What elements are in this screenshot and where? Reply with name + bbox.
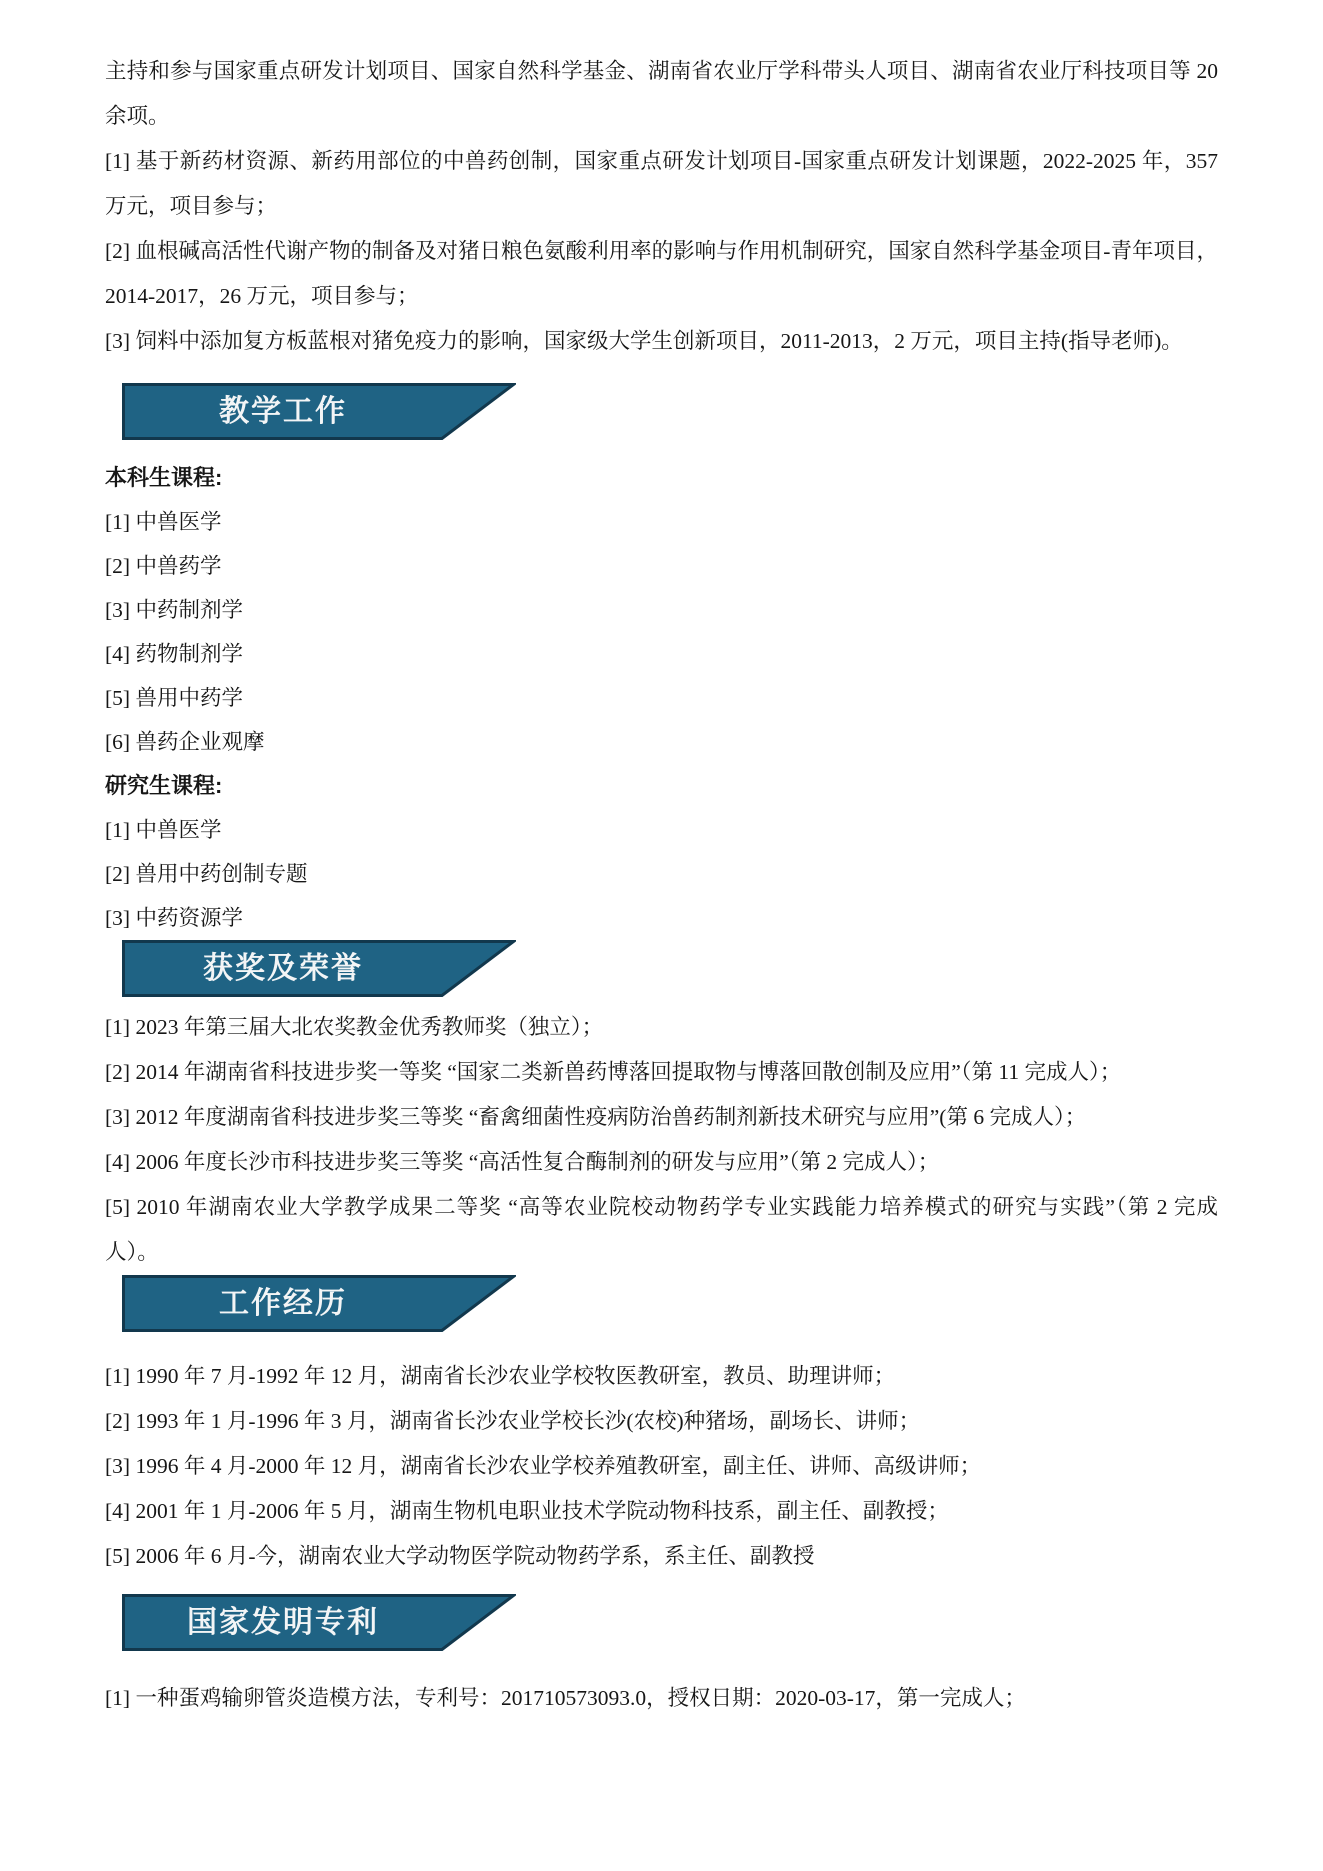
award-item: [1] 2023 年第三届大北农奖教金优秀教师奖（独立）； <box>105 1005 1218 1050</box>
section-title-work: 工作经历 <box>122 1275 444 1332</box>
section-banner-work: 工作经历 <box>122 1275 516 1332</box>
undergraduate-course-item: [5] 兽用中药学 <box>105 676 1218 720</box>
section-title-patents: 国家发明专利 <box>122 1594 444 1651</box>
award-item: [3] 2012 年度湖南省科技进步奖三等奖 “畜禽细菌性疫病防治兽药制剂新技术… <box>105 1095 1218 1140</box>
undergraduate-course-item: [2] 中兽药学 <box>105 544 1218 588</box>
work-experience-item: [4] 2001 年 1 月-2006 年 5 月，湖南生物机电职业技术学院动物… <box>105 1489 1218 1534</box>
graduate-course-item: [3] 中药资源学 <box>105 896 1218 940</box>
undergraduate-course-item: [3] 中药制剂学 <box>105 588 1218 632</box>
page-content: 主持和参与国家重点研发计划项目、国家自然科学基金、湖南省农业厅学科带头人项目、湖… <box>105 0 1218 1721</box>
section-banner-teaching: 教学工作 <box>122 383 516 440</box>
research-project-item: [3] 饲料中添加复方板蓝根对猪免疫力的影响，国家级大学生创新项目，2011-2… <box>105 319 1218 364</box>
section-title-teaching: 教学工作 <box>122 383 444 440</box>
award-item: [5] 2010 年湖南农业大学教学成果二等奖 “高等农业院校动物药学专业实践能… <box>105 1185 1218 1275</box>
undergraduate-courses-header: 本科生课程: <box>105 456 1218 500</box>
undergraduate-course-item: [1] 中兽医学 <box>105 500 1218 544</box>
research-project-item: [1] 基于新药材资源、新药用部位的中兽药创制，国家重点研发计划项目-国家重点研… <box>105 139 1218 229</box>
graduate-course-item: [2] 兽用中药创制专题 <box>105 852 1218 896</box>
work-experience-item: [1] 1990 年 7 月-1992 年 12 月，湖南省长沙农业学校牧医教研… <box>105 1354 1218 1399</box>
award-item: [4] 2006 年度长沙市科技进步奖三等奖 “高活性复合酶制剂的研发与应用”（… <box>105 1140 1218 1185</box>
patent-item: [1] 一种蛋鸡输卵管炎造模方法，专利号：201710573093.0，授权日期… <box>105 1676 1218 1721</box>
awards-list: [1] 2023 年第三届大北农奖教金优秀教师奖（独立）； [2] 2014 年… <box>105 1005 1218 1275</box>
research-intro: 主持和参与国家重点研发计划项目、国家自然科学基金、湖南省农业厅学科带头人项目、湖… <box>105 49 1218 139</box>
research-project-item: [2] 血根碱高活性代谢产物的制备及对猪日粮色氨酸利用率的影响与作用机制研究，国… <box>105 229 1218 319</box>
work-experience-item: [5] 2006 年 6 月-今，湖南农业大学动物医学院动物药学系，系主任、副教… <box>105 1534 1218 1579</box>
graduate-course-item: [1] 中兽医学 <box>105 808 1218 852</box>
work-experience-list: [1] 1990 年 7 月-1992 年 12 月，湖南省长沙农业学校牧医教研… <box>105 1354 1218 1579</box>
work-experience-item: [3] 1996 年 4 月-2000 年 12 月，湖南省长沙农业学校养殖教研… <box>105 1444 1218 1489</box>
award-item: [2] 2014 年湖南省科技进步奖一等奖 “国家二类新兽药博落回提取物与博落回… <box>105 1050 1218 1095</box>
cv-document-page: 主持和参与国家重点研发计划项目、国家自然科学基金、湖南省农业厅学科带头人项目、湖… <box>0 0 1323 1871</box>
section-banner-patents: 国家发明专利 <box>122 1594 516 1651</box>
section-banner-awards: 获奖及荣誉 <box>122 940 516 997</box>
undergraduate-course-item: [4] 药物制剂学 <box>105 632 1218 676</box>
work-experience-item: [2] 1993 年 1 月-1996 年 3 月，湖南省长沙农业学校长沙(农校… <box>105 1399 1218 1444</box>
undergraduate-course-item: [6] 兽药企业观摩 <box>105 720 1218 764</box>
patent-list: [1] 一种蛋鸡输卵管炎造模方法，专利号：201710573093.0，授权日期… <box>105 1676 1218 1721</box>
graduate-courses-header: 研究生课程: <box>105 764 1218 808</box>
section-title-awards: 获奖及荣誉 <box>122 940 444 997</box>
